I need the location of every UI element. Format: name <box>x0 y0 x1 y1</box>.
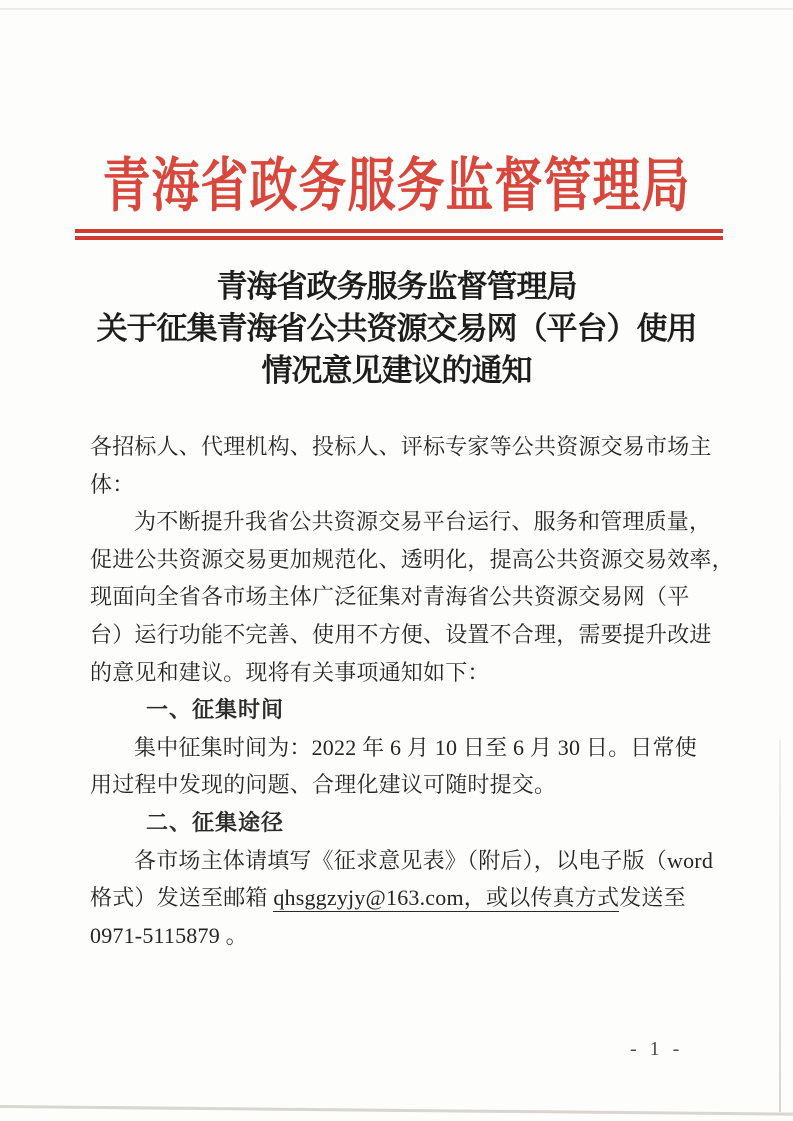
double-rule-bottom-line <box>75 236 723 240</box>
section-heading-collection-channel: 二、征集途径 <box>90 804 730 842</box>
contact-post-text: 发送至 <box>619 885 686 910</box>
body-line-intro-5: 的意见和建议。现将有关事项通知如下： <box>90 654 730 692</box>
letterhead-org-name: 青海省政务服务监督管理局 <box>0 138 793 222</box>
document-page: 青海省政务服务监督管理局 青海省政务服务监督管理局 关于征集青海省公共资源交易网… <box>0 0 793 1121</box>
body-line-channel-1: 各市场主体请填写《征求意见表》（附后），以电子版（word <box>90 842 730 880</box>
body-line-intro-2: 促进公共资源交易更加规范化、透明化，提高公共资源交易效率， <box>90 541 730 579</box>
scan-right-edge <box>779 740 781 1112</box>
page-number: - 1 - <box>630 1038 683 1061</box>
body-line-intro-3: 现面向全省各市场主体广泛征集对青海省公共资源交易网（平 <box>90 578 730 616</box>
document-body: 各招标人、代理机构、投标人、评标专家等公共资源交易市场主 体： 为不断提升我省公… <box>90 428 730 954</box>
scan-top-edge <box>0 8 793 10</box>
double-rule-top-line <box>75 229 723 233</box>
document-title-line3: 情况意见建议的通知 <box>0 350 793 392</box>
scan-bottom-edge <box>0 1105 793 1116</box>
document-title-line2: 关于征集青海省公共资源交易网（平台）使用 <box>0 308 793 350</box>
body-line-contact: 格式）发送至邮箱 qhsggzyjy@163.com，或以传真方式发送至 <box>90 879 730 917</box>
letterhead-double-rule <box>75 229 723 240</box>
document-title: 青海省政务服务监督管理局 关于征集青海省公共资源交易网（平台）使用 情况意见建议… <box>0 266 793 392</box>
email-and-fax-underlined-text: qhsggzyjy@163.com，或以传真方式 <box>273 885 619 912</box>
body-line-time-2: 用过程中发现的问题、合理化建议可随时提交。 <box>90 766 730 804</box>
body-line-intro-1: 为不断提升我省公共资源交易平台运行、服务和管理质量， <box>90 503 730 541</box>
contact-pre-text: 格式）发送至邮箱 <box>90 885 273 910</box>
body-line-time-1: 集中征集时间为：2022 年 6 月 10 日至 6 月 30 日。日常使 <box>90 729 730 767</box>
body-line-salutation: 各招标人、代理机构、投标人、评标专家等公共资源交易市场主 <box>90 428 730 466</box>
body-line-salutation-end: 体： <box>90 466 730 504</box>
body-line-intro-4: 台）运行功能不完善、使用不方便、设置不合理，需要提升改进 <box>90 616 730 654</box>
document-title-line1: 青海省政务服务监督管理局 <box>0 266 793 308</box>
body-line-fax-number: 0971-5115879 。 <box>90 917 730 955</box>
section-heading-collection-time: 一、征集时间 <box>90 691 730 729</box>
